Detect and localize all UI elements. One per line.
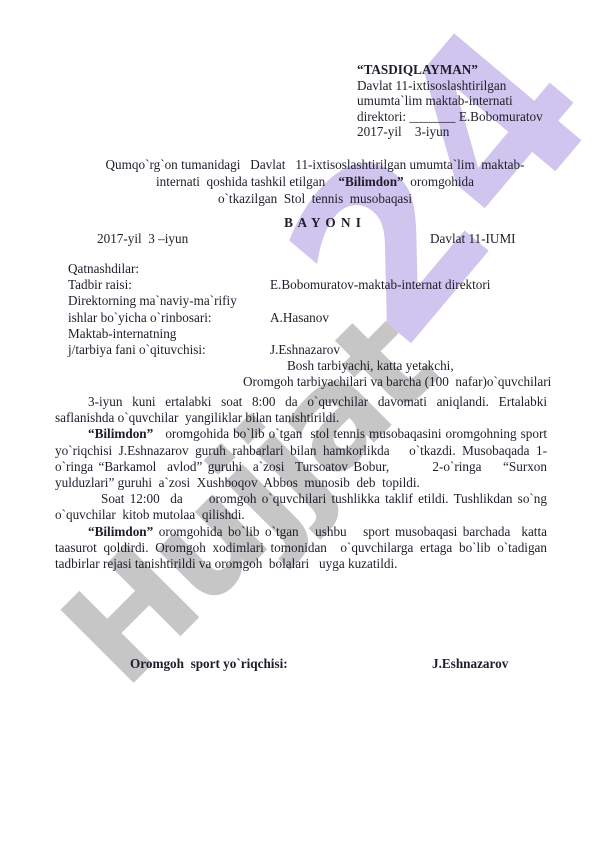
participant-row: j/tarbiya fani o`qituvchisi: J.Eshnazaro… xyxy=(68,342,568,358)
approval-block: “TASDIQLAYMAN” Davlat 11-ixtisoslashtiri… xyxy=(357,62,572,140)
signature-name: J.Eshnazarov xyxy=(432,656,508,672)
date-left: 2017-yil 3 –iyun xyxy=(97,231,188,247)
approval-signature-line: direktori: _______ E.Bobomuratov xyxy=(357,109,572,125)
participant-label: Direktorning ma`naviy-ma`rifiy xyxy=(68,293,270,309)
body-text: 3-iyun kuni ertalabki soat 8:00 da o`quv… xyxy=(55,394,547,572)
paragraph: Soat 12:00 da oromgoh o`quvchilari tushl… xyxy=(55,491,547,523)
title-line-pre: internati qoshida tashkil etilgan xyxy=(156,174,338,189)
participant-row: Maktab-internatning xyxy=(68,326,568,342)
document-content: “TASDIQLAYMAN” Davlat 11-ixtisoslashtiri… xyxy=(0,0,596,842)
paragraph: “Bilimdon” oromgohida bo`lib o`tgan stol… xyxy=(55,426,547,491)
paragraph-bold-lead: “Bilimdon” xyxy=(88,426,153,441)
participant-label: Tadbir raisi: xyxy=(68,277,270,293)
paragraph-text: Soat 12:00 da oromgoh o`quvchilari tushl… xyxy=(55,491,550,522)
participant-label: j/tarbiya fani o`qituvchisi: xyxy=(68,342,270,358)
participant-label: ishlar bo`yicha o`rinbosari: xyxy=(68,310,270,326)
document-title: Qumqo`rg`on tumanidagi Davlat 11-ixtisos… xyxy=(35,156,595,207)
paragraph: “Bilimdon” oromgohida bo`lib o`tgan ushb… xyxy=(55,524,547,573)
title-line: o`tkazilgan Stol tennis musobaqasi xyxy=(35,190,595,207)
participant-label: Qatnashdilar: xyxy=(68,261,270,277)
participant-row: Qatnashdilar: xyxy=(68,261,568,277)
participant-value: J.Eshnazarov xyxy=(270,342,340,358)
participant-extra: Bosh tarbiyachi, katta yetakchi, xyxy=(287,358,568,374)
paragraph: 3-iyun kuni ertalabki soat 8:00 da o`quv… xyxy=(55,394,547,426)
participant-row: Direktorning ma`naviy-ma`rifiy xyxy=(68,293,568,309)
approval-line: Davlat 11-ixtisoslashtirilgan xyxy=(357,78,572,94)
participants-list: Qatnashdilar: Tadbir raisi: E.Bobomurato… xyxy=(68,261,568,391)
signature-label: Oromgoh sport yo`riqchisi: xyxy=(130,656,288,672)
title-line: internati qoshida tashkil etilgan “Bilim… xyxy=(35,173,595,190)
paragraph-bold-lead: “Bilimdon” xyxy=(88,524,153,539)
title-line-post: oromgohida xyxy=(404,174,474,189)
approval-title: “TASDIQLAYMAN” xyxy=(357,62,572,78)
paragraph-text: 3-iyun kuni ertalabki soat 8:00 da o`quv… xyxy=(55,394,550,425)
camp-name: “Bilimdon” xyxy=(338,174,403,189)
document-page: Hujjat 24 “TASDIQLAYMAN” Davlat 11-ixtis… xyxy=(0,0,596,842)
school-code-right: Davlat 11-IUMI xyxy=(430,231,516,247)
participant-extra: Oromgoh tarbiyachilari va barcha (100 na… xyxy=(243,374,568,390)
participant-value: E.Bobomuratov-maktab-internat direktori xyxy=(270,277,490,293)
title-line: Qumqo`rg`on tumanidagi Davlat 11-ixtisos… xyxy=(35,156,595,173)
participant-value: A.Hasanov xyxy=(270,310,329,326)
bayoni-heading: B A Y O N I xyxy=(0,215,596,231)
approval-line: umumta`lim maktab-internati xyxy=(357,93,572,109)
participant-label: Maktab-internatning xyxy=(68,326,270,342)
participant-row: Tadbir raisi: E.Bobomuratov-maktab-inter… xyxy=(68,277,568,293)
participant-row: ishlar bo`yicha o`rinbosari: A.Hasanov xyxy=(68,310,568,326)
approval-date: 2017-yil 3-iyun xyxy=(357,124,572,140)
